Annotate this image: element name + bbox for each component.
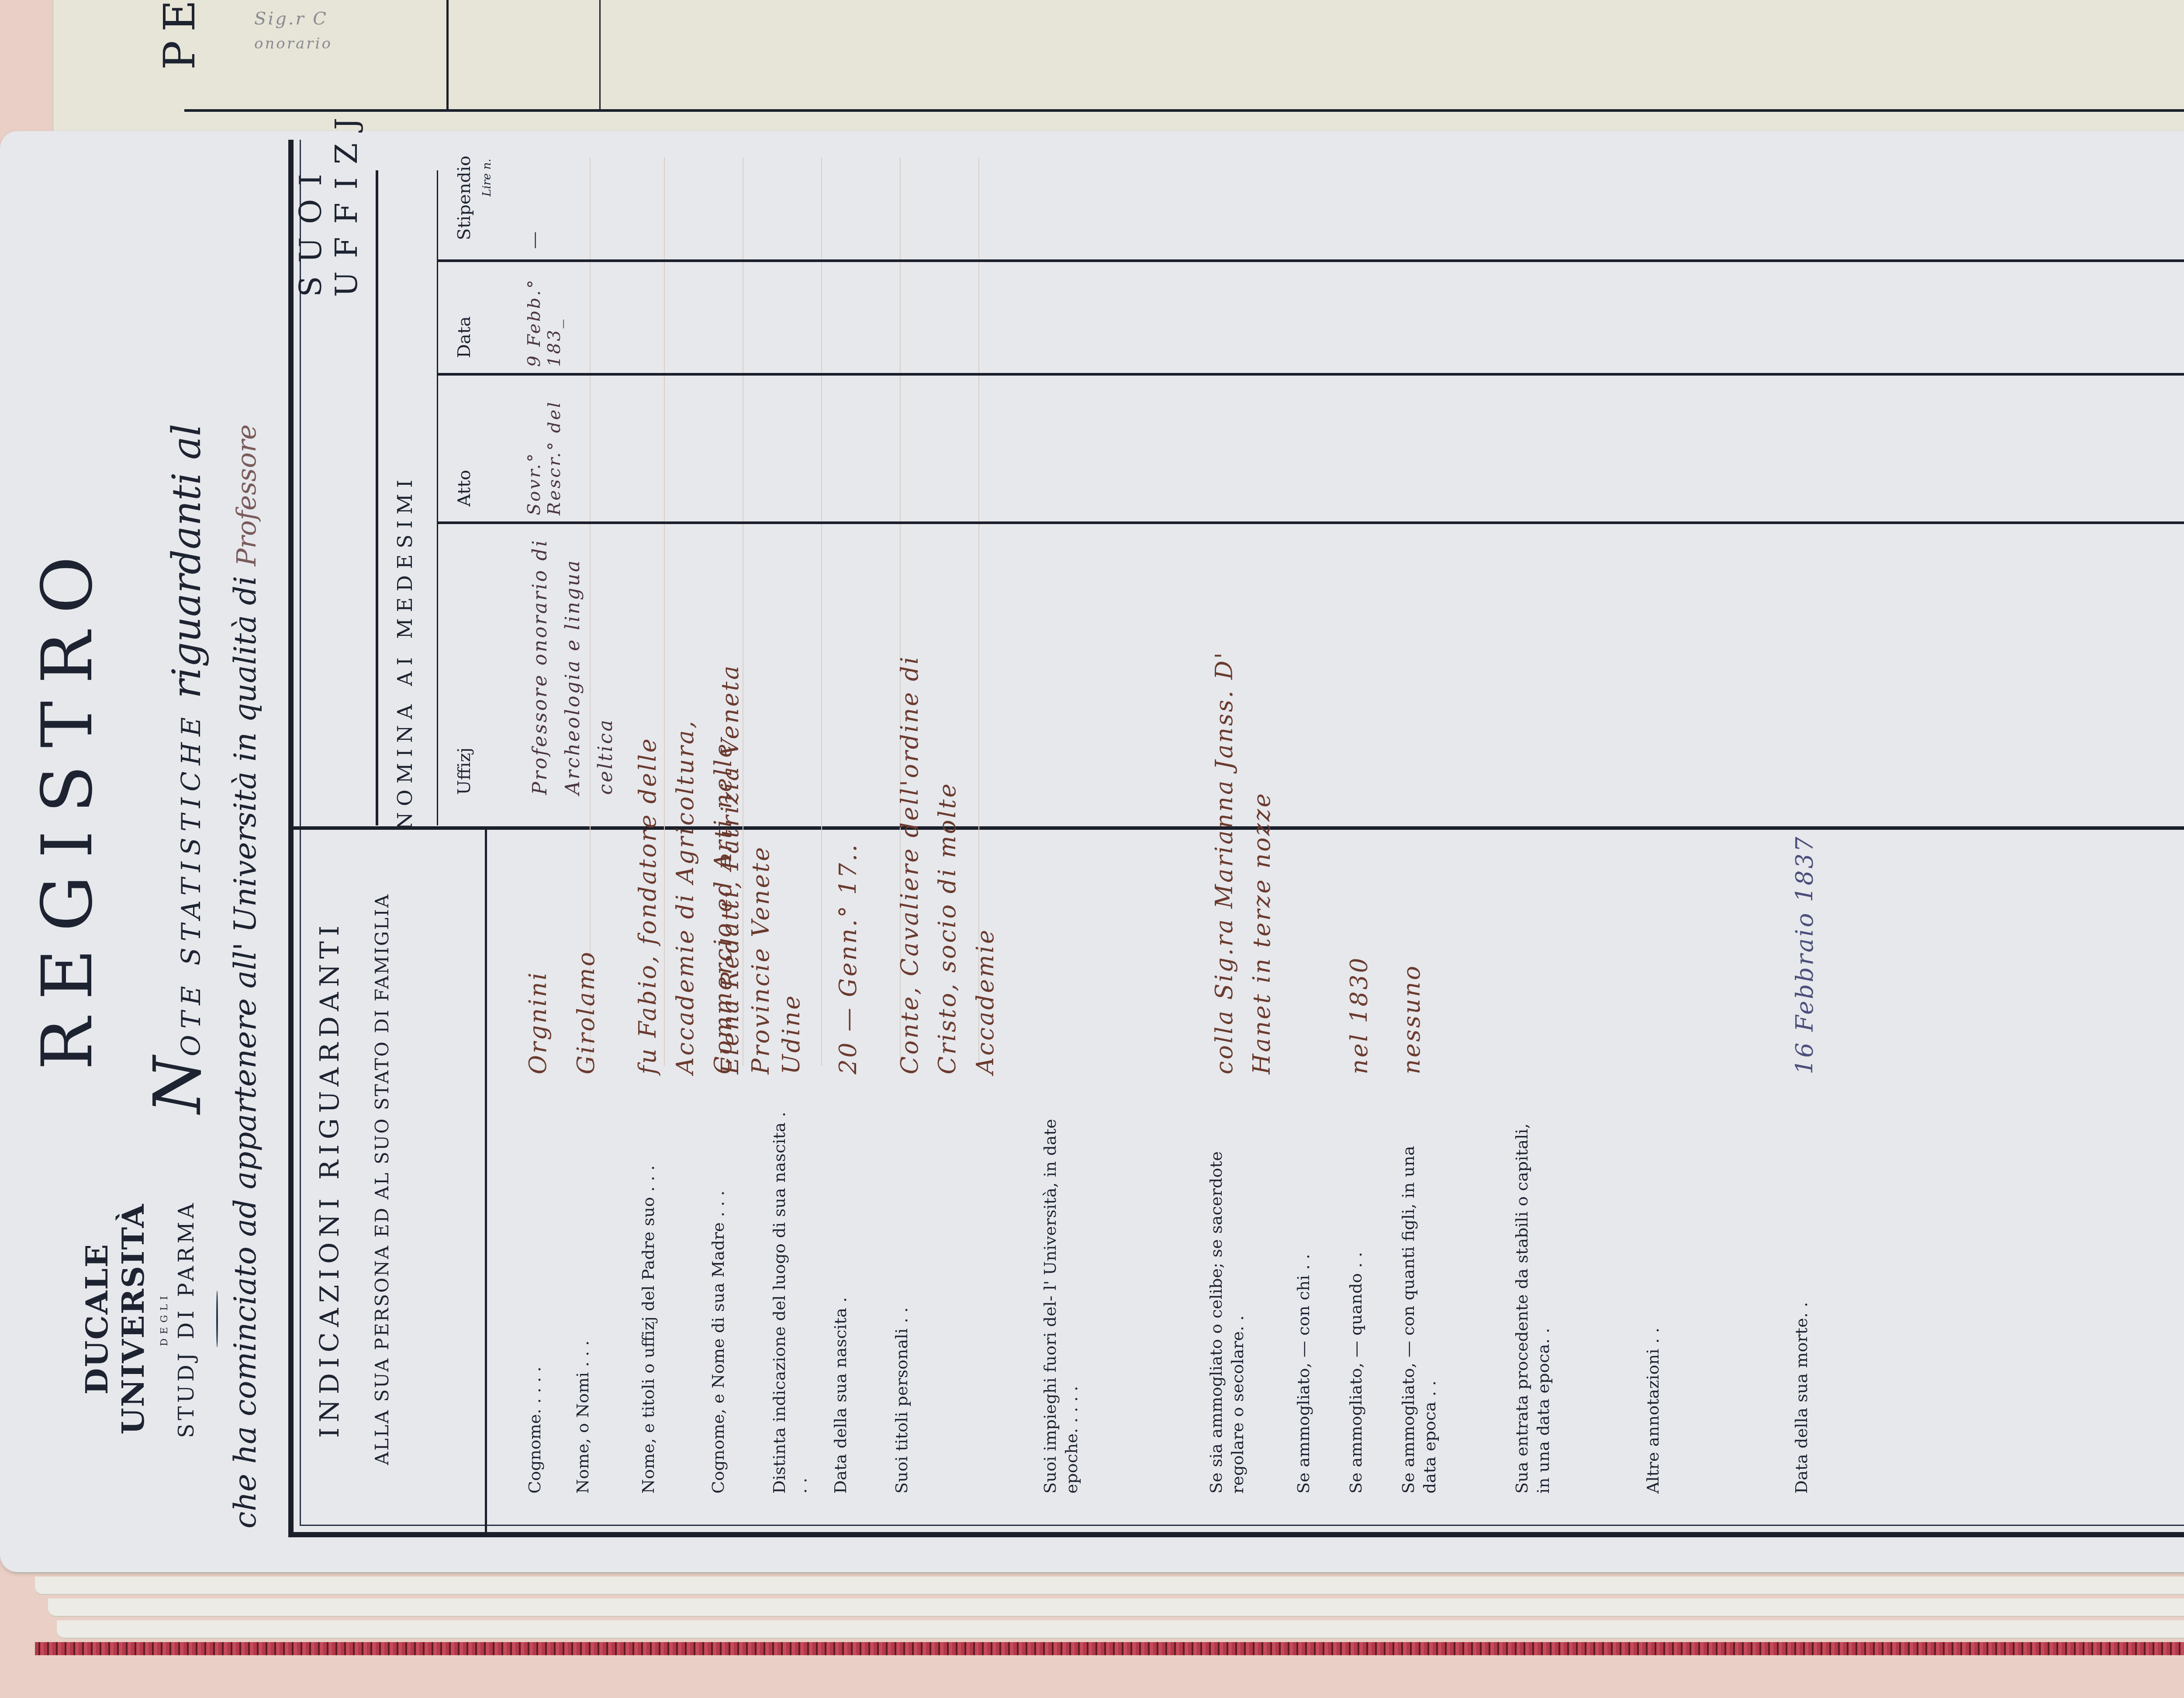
back-page-vline-2 xyxy=(599,0,601,109)
value-stato-civile: colla Sig.ra Marianna Janss. D' Hanet in… xyxy=(1206,638,1281,1074)
col-divider-stipendio xyxy=(437,259,2184,262)
entry-uffizj: Professore onorario di Archeologia e lin… xyxy=(524,533,622,795)
back-page-vline xyxy=(446,0,449,109)
subtitle-line-2: che ha cominciato ad appartenere all' Un… xyxy=(227,424,263,1529)
value-nome: Girolamo xyxy=(572,950,600,1074)
page-title: REGISTRO xyxy=(26,539,108,1070)
col-divider-data xyxy=(437,373,2184,376)
entry-atto: Sovr.° Rescr.° del xyxy=(524,384,564,515)
back-page-hand-2: onorario xyxy=(254,35,332,52)
subtitle-smallcaps: OTE STATISTICHE xyxy=(176,711,207,1056)
right-subheader-divider xyxy=(437,170,438,825)
left-section-header: INDICAZIONI RIGUARDANTI ALLA SUA PERSONA… xyxy=(314,830,393,1529)
entry-stipendio: — xyxy=(524,230,544,249)
background-page: PER Sig.r C onorario xyxy=(52,0,2184,144)
row-impieghi-label: Suoi impieghi fuori del- l' Università, … xyxy=(1040,1109,1083,1494)
col-stipendio: Stipendio xyxy=(454,155,474,240)
institution-name: DUCALE UNIVERSITÀ xyxy=(79,1122,151,1515)
register-page: DUCALE UNIVERSITÀ DEGLI STUDJ DI PARMA R… xyxy=(0,131,2184,1572)
institution-header: DUCALE UNIVERSITÀ DEGLI STUDJ DI PARMA xyxy=(79,1122,218,1515)
value-titoli: Conte, Cavaliere dell'ordine di Cristo, … xyxy=(891,638,1004,1074)
left-section-subheading: ALLA SUA PERSONA ED AL SUO STATO DI FAMI… xyxy=(371,830,393,1529)
value-quando: nel 1830 xyxy=(1345,956,1373,1074)
col-atto: Atto xyxy=(454,470,474,507)
col-uffizj: Uffizj xyxy=(454,748,474,795)
row-padre-label: Nome, e titoli o uffizj del Padre suo . … xyxy=(638,1109,659,1494)
institution-city: STUDJ DI PARMA xyxy=(174,1122,199,1515)
row-nome-label: Nome, o Nomi . . . xyxy=(572,1109,594,1494)
row-madre-label: Cognome, e Nome di sua Madre . . . xyxy=(708,1109,729,1494)
right-header-divider xyxy=(376,170,378,825)
row-titoli-label: Suoi titoli personali . . xyxy=(891,1109,912,1494)
institution-degli: DEGLI xyxy=(159,1122,170,1515)
ornament-rule xyxy=(216,1291,218,1347)
entry-data: 9 Febb.° 183_ xyxy=(524,266,564,367)
row-data-nascita-label: Data della sua nascita . xyxy=(830,1109,851,1494)
row-cognome-label: Cognome. . . . . xyxy=(524,1109,546,1494)
row-con-chi-label: Se ammogliato, — con chi . . xyxy=(1293,1109,1314,1494)
subtitle-line-1: NOTE STATISTICHE riguardanti al xyxy=(140,424,216,1114)
subtitle-rest: riguardanti al xyxy=(164,424,210,698)
row-annotazioni-label: Altre annotazioni . . xyxy=(1642,1109,1664,1494)
book-binding xyxy=(35,1642,2184,1655)
back-page-rule xyxy=(184,109,2184,112)
back-page-title: PER xyxy=(154,0,205,70)
subtitle-line-2-text: che ha cominciato ad appartenere all' Un… xyxy=(227,576,263,1529)
row-morte-label: Data della sua morte. . xyxy=(1791,1109,1812,1494)
header-divider xyxy=(485,830,487,1537)
col-divider-atto xyxy=(437,521,2184,524)
value-figli: nessuno xyxy=(1398,964,1425,1074)
value-madre: Elena Redatti, Patrizia Veneta xyxy=(716,664,744,1074)
back-page-hand-1: Sig.r C xyxy=(254,9,328,29)
stipendio-unit: Lire n. xyxy=(480,159,494,197)
row-quando-label: Se ammogliato, — quando . . xyxy=(1345,1109,1367,1494)
left-section-heading: INDICAZIONI RIGUARDANTI xyxy=(314,830,345,1529)
page-content-rotated: DUCALE UNIVERSITÀ DEGLI STUDJ DI PARMA R… xyxy=(0,131,2184,1572)
value-cognome: Orgnini xyxy=(524,971,552,1074)
subtitle-initial: N xyxy=(140,1056,216,1114)
value-data-nascita: 20 — Genn.° 17.. xyxy=(834,843,862,1074)
value-padre: fu Fabio, fondatore delle Accademie di A… xyxy=(629,638,780,1074)
value-morte: 16 Febbraio 1837 xyxy=(1791,835,1818,1074)
row-luogo-nascita-label: Distinta indicazione del luogo di sua na… xyxy=(769,1109,812,1494)
col-data: Data xyxy=(454,316,474,358)
row-entrata-label: Sua entrata procedente da stabili o capi… xyxy=(1511,1109,1555,1494)
value-luogo-nascita: Udine xyxy=(778,994,805,1074)
row-figli-label: Se ammogliato, — con quanti figli, in un… xyxy=(1398,1109,1441,1494)
row-stato-civile-label: Se sia ammogliato o celibe; se sacerdote… xyxy=(1206,1109,1249,1494)
subtitle-handwritten: Professore xyxy=(232,424,262,566)
right-subheading: NOMINA AI MEDESIMI xyxy=(393,474,417,830)
right-group-heading: SUOI UFFIZJ xyxy=(293,105,364,297)
